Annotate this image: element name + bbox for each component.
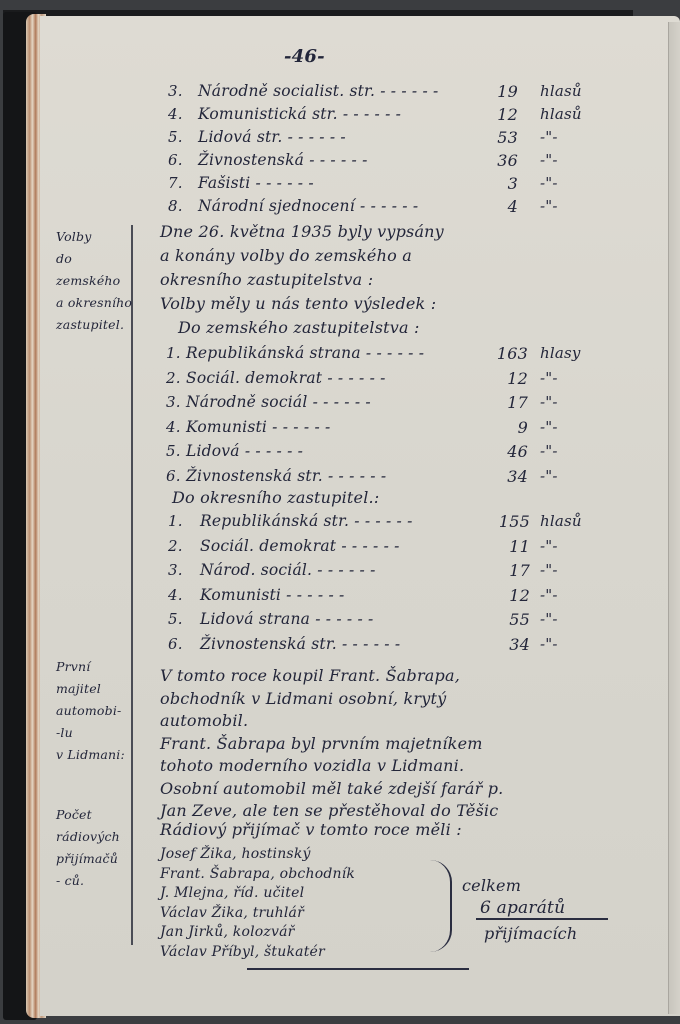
radio-total-unit: přijímacích	[484, 924, 577, 943]
margin-elections-line: zemského	[56, 272, 136, 291]
radio-total-label: celkem	[462, 876, 521, 895]
margin-radio-line: - ců.	[56, 872, 136, 891]
zemske-row-party-name: Republikánská strana - - - - - -	[186, 344, 424, 362]
margin-radio-line: přijímačů	[56, 850, 136, 869]
top-row-vote-count: 53	[468, 128, 518, 147]
okresni-row-index: 5.	[168, 610, 183, 628]
zemske-row-index: 2.	[166, 369, 181, 387]
okresni-row-index: 4.	[168, 586, 183, 604]
okresni-row-party-name: Republikánská str. - - - - - -	[200, 512, 413, 530]
okresni-row-index: 2.	[168, 537, 183, 555]
margin-car-line: -lu	[56, 724, 136, 743]
top-row-party-name: Fašisti - - - - - -	[198, 174, 314, 192]
margin-car-line: automobi-	[56, 702, 136, 721]
zemske-row-unit: -"-	[540, 393, 558, 411]
car-line: obchodník v Lidmani osobní, krytý	[160, 689, 446, 708]
top-row-vote-count: 36	[468, 151, 518, 170]
margin-car-line: v Lidmani:	[56, 746, 136, 765]
zemske-row-vote-count: 163	[478, 344, 528, 363]
top-row-index: 3.	[168, 82, 183, 100]
radio-owner: J. Mlejna, říd. učitel	[160, 885, 304, 901]
page-number: -46-	[284, 46, 325, 67]
margin-radio-line: rádiových	[56, 828, 136, 847]
intro-line: a konány volby do zemského a	[160, 246, 412, 265]
top-row-index: 4.	[168, 105, 183, 123]
top-row-index: 8.	[168, 197, 183, 215]
top-row-party-name: Národní sjednocení - - - - - -	[198, 197, 418, 215]
zemske-row-index: 5.	[166, 442, 181, 460]
top-row-unit: hlasů	[540, 105, 582, 123]
zemske-heading: Do zemského zastupitelstva :	[178, 318, 420, 337]
okresni-row-party-name: Komunisti - - - - - -	[200, 586, 344, 604]
zemske-row-index: 6.	[166, 467, 181, 485]
next-page-edge	[668, 22, 680, 1014]
zemske-row-unit: -"-	[540, 369, 558, 387]
margin-radio-line: Počet	[56, 806, 136, 825]
top-row-index: 7.	[168, 174, 183, 192]
zemske-row-party-name: Lidová - - - - - -	[186, 442, 303, 460]
top-row-unit: hlasů	[540, 82, 582, 100]
intro-line: okresního zastupitelstva :	[160, 270, 373, 289]
okresni-row-party-name: Lidová strana - - - - - -	[200, 610, 373, 628]
top-row-index: 5.	[168, 128, 183, 146]
top-row-unit: -"-	[540, 151, 558, 169]
zemske-row-index: 3.	[166, 393, 181, 411]
zemske-row-unit: hlasy	[540, 344, 581, 362]
margin-elections-line: a okresního	[56, 294, 136, 313]
top-row-index: 6.	[168, 151, 183, 169]
total-underline	[476, 918, 608, 920]
zemske-row-vote-count: 17	[478, 393, 528, 412]
car-line: V tomto roce koupil Frant. Šabrapa,	[160, 666, 460, 685]
top-row-unit: -"-	[540, 197, 558, 215]
okresni-heading: Do okresního zastupitel.:	[172, 488, 379, 507]
zemske-row-vote-count: 46	[478, 442, 528, 461]
grouping-bracket	[430, 860, 452, 952]
zemske-row-unit: -"-	[540, 442, 558, 460]
zemske-row-party-name: Národně sociál - - - - - -	[186, 393, 371, 411]
zemske-row-party-name: Živnostenská str. - - - - - -	[186, 467, 386, 485]
radio-owner: Frant. Šabrapa, obchodník	[160, 866, 355, 882]
radio-owner: Jan Jirků, kolozvář	[160, 924, 295, 940]
zemske-row-vote-count: 12	[478, 369, 528, 388]
section-end-rule	[247, 968, 469, 970]
top-row-party-name: Komunistická str. - - - - - -	[198, 105, 401, 123]
top-row-party-name: Lidová str. - - - - - -	[198, 128, 346, 146]
intro-line: Volby měly u nás tento výsledek :	[160, 294, 436, 313]
margin-elections-line: do	[56, 250, 136, 269]
intro-line: Dne 26. května 1935 byly vypsány	[160, 222, 444, 241]
margin-elections-line: Volby	[56, 228, 136, 247]
okresni-row-unit: -"-	[540, 537, 558, 555]
top-row-party-name: Živnostenská - - - - - -	[198, 151, 368, 169]
margin-elections-line: zastupitel.	[56, 316, 136, 335]
car-line: automobil.	[160, 711, 248, 730]
car-line: Jan Zeve, ale ten se přestěhoval do Těši…	[160, 801, 498, 820]
okresni-row-unit: hlasů	[540, 512, 582, 530]
okresni-row-party-name: Živnostenská str. - - - - - -	[200, 635, 400, 653]
top-row-vote-count: 12	[468, 105, 518, 124]
zemske-row-vote-count: 34	[478, 467, 528, 486]
zemske-row-party-name: Sociál. demokrat - - - - - -	[186, 369, 386, 387]
zemske-row-unit: -"-	[540, 418, 558, 436]
okresni-row-vote-count: 34	[480, 635, 530, 654]
radio-intro: Rádiový přijímač v tomto roce měli :	[160, 820, 462, 839]
okresni-row-vote-count: 55	[480, 610, 530, 629]
okresni-row-vote-count: 17	[480, 561, 530, 580]
car-line: tohoto moderního vozidla v Lidmani.	[160, 756, 464, 775]
okresni-row-unit: -"-	[540, 586, 558, 604]
radio-owner: Josef Žika, hostinský	[160, 846, 311, 862]
top-row-unit: -"-	[540, 174, 558, 192]
top-row-vote-count: 19	[468, 82, 518, 101]
okresni-row-unit: -"-	[540, 610, 558, 628]
radio-owner: Václav Příbyl, štukatér	[160, 944, 325, 960]
top-row-vote-count: 3	[468, 174, 518, 193]
okresni-row-unit: -"-	[540, 635, 558, 653]
okresni-row-index: 3.	[168, 561, 183, 579]
radio-owner: Václav Žika, truhlář	[160, 905, 304, 921]
zemske-row-index: 1.	[166, 344, 181, 362]
radio-total-count: 6 aparátů	[480, 898, 565, 918]
okresni-row-index: 1.	[168, 512, 183, 530]
zemske-row-unit: -"-	[540, 467, 558, 485]
okresni-row-party-name: Sociál. demokrat - - - - - -	[200, 537, 400, 555]
okresni-row-party-name: Národ. sociál. - - - - - -	[200, 561, 376, 579]
okresni-row-unit: -"-	[540, 561, 558, 579]
margin-car-line: První	[56, 658, 136, 677]
okresni-row-vote-count: 12	[480, 586, 530, 605]
zemske-row-index: 4.	[166, 418, 181, 436]
zemske-row-vote-count: 9	[478, 418, 528, 437]
okresni-row-vote-count: 155	[480, 512, 530, 531]
okresni-row-index: 6.	[168, 635, 183, 653]
okresni-row-vote-count: 11	[480, 537, 530, 556]
car-line: Osobní automobil měl také zdejší farář p…	[160, 779, 503, 798]
car-line: Frant. Šabrapa byl prvním majetníkem	[160, 734, 483, 753]
top-row-party-name: Národně socialist. str. - - - - - -	[198, 82, 438, 100]
top-row-vote-count: 4	[468, 197, 518, 216]
zemske-row-party-name: Komunisti - - - - - -	[186, 418, 330, 436]
top-row-unit: -"-	[540, 128, 558, 146]
margin-car-line: majitel	[56, 680, 136, 699]
